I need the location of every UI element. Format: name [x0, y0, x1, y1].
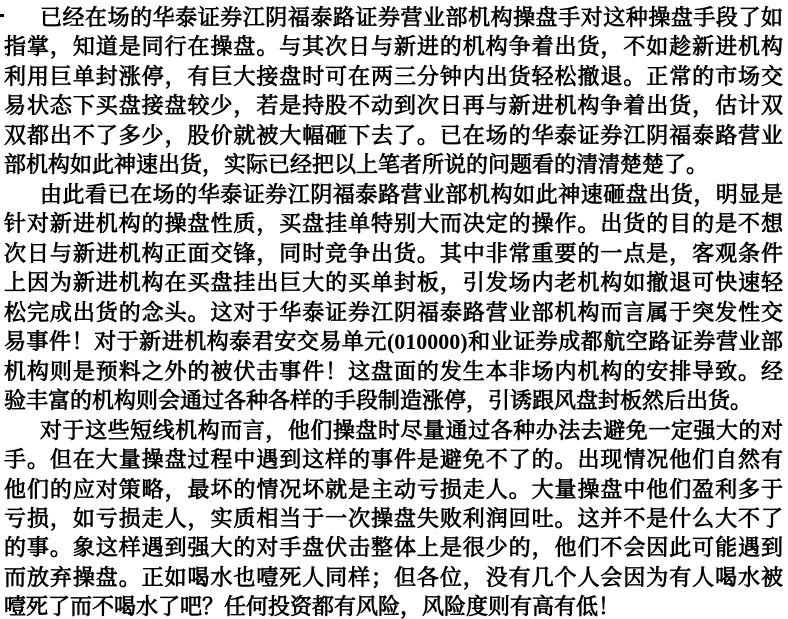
- text-line: 而放弃操盘。正如喝水也噎死人同样；但各位，没有几个人会因为有人喝水被: [4, 563, 783, 592]
- text-line: 易状态下买盘接盘较少，若是持股不动到次日再与新进机构争着出货，估计双: [4, 91, 783, 120]
- paragraph: 对于这些短线机构而言，他们操盘时尽量通过各种办法去避免一定强大的对手。但在大量操…: [4, 416, 783, 619]
- text-line: 噎死了而不喝水了吧？任何投资都有风险，风险度则有高有低！: [4, 592, 783, 619]
- text-line: 针对新进机构的操盘性质，买盘挂单特别大而决定的操作。出货的目的是不想: [4, 209, 783, 238]
- text-line: 由此看已在场的华泰证券江阴福泰路营业部机构如此神速砸盘出货，明显是: [4, 180, 783, 209]
- text-line: 的事。象这样遇到强大的对手盘伏击整体上是很少的，他们不会因此可能遇到: [4, 533, 783, 562]
- text-line: 对于这些短线机构而言，他们操盘时尽量通过各种办法去避免一定强大的对: [4, 416, 783, 445]
- scan-artifact: [0, 14, 4, 17]
- text-line: 部机构如此神速出货，实际已经把以上笔者所说的问题看的清清楚楚了。: [4, 150, 783, 179]
- text-line: 已经在场的华泰证券江阴福泰路证券营业部机构操盘手对这种操盘手段了如: [4, 3, 783, 32]
- text-line: 松完成出货的念头。这对于华泰证券江阴福泰路营业部机构而言属于突发性交: [4, 298, 783, 327]
- text-line: 次日与新进机构正面交锋，同时竞争出货。其中非常重要的一点是，客观条件: [4, 239, 783, 268]
- text-line: 机构则是预料之外的被伏击事件！这盘面的发生本非场内机构的安排导致。经: [4, 357, 783, 386]
- text-line: 利用巨单封涨停，有巨大接盘时可在两三分钟内出货轻松撤退。正常的市场交: [4, 62, 783, 91]
- text-line: 双都出不了多少，股价就被大幅砸下去了。已在场的华泰证券江阴福泰路营业: [4, 121, 783, 150]
- text-line: 指掌，知道是同行在操盘。与其次日与新进的机构争着出货，不如趁新进机构: [4, 32, 783, 61]
- text-line: 易事件！对于新进机构泰君安交易单元(010000)和业证券成都航空路证券营业部: [4, 327, 783, 356]
- paragraph: 由此看已在场的华泰证券江阴福泰路营业部机构如此神速砸盘出货，明显是针对新进机构的…: [4, 180, 783, 416]
- text-line: 上因为新进机构在买盘挂出巨大的买单封板，引发场内老机构如撤退可快速轻: [4, 268, 783, 297]
- document-page: 已经在场的华泰证券江阴福泰路证券营业部机构操盘手对这种操盘手段了如指掌，知道是同…: [0, 0, 788, 619]
- paragraph: 已经在场的华泰证券江阴福泰路证券营业部机构操盘手对这种操盘手段了如指掌，知道是同…: [4, 3, 783, 180]
- text-line: 验丰富的机构则会通过各种各样的手段制造涨停，引诱跟风盘封板然后出货。: [4, 386, 783, 415]
- text-line: 亏损，如亏损走人，实质相当于一次操盘失败利润回吐。这并不是什么大不了: [4, 504, 783, 533]
- text-line: 手。但在大量操盘过程中遇到这样的事件是避免不了的。出现情况他们自然有: [4, 445, 783, 474]
- text-line: 他们的应对策略，最坏的情况坏就是主动亏损走人。大量操盘中他们盈利多于: [4, 475, 783, 504]
